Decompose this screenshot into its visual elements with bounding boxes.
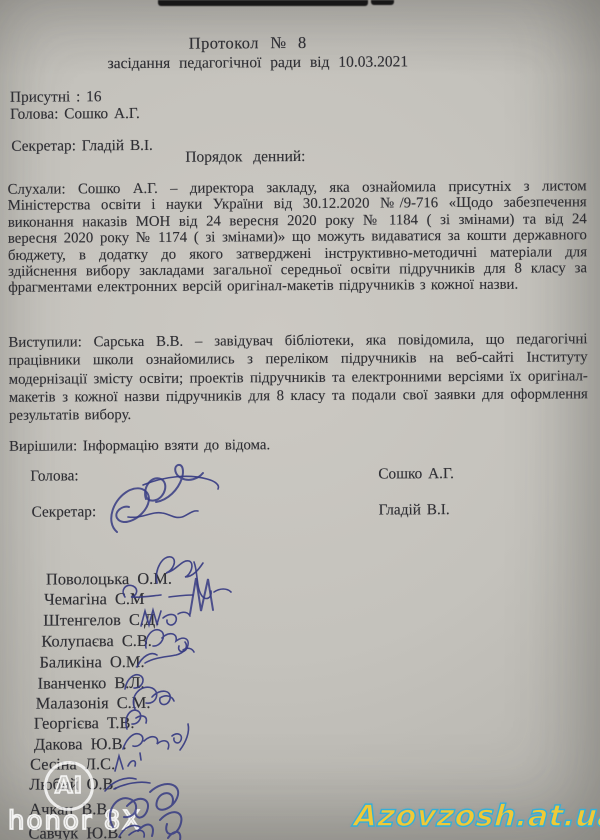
signer-signature-ink: [105, 557, 231, 837]
document-photo: Протокол № 8 засідання педагогічної ради…: [0, 0, 600, 840]
site-watermark: Azovzosh.at.ua: [353, 799, 600, 834]
ink-signatures-overlay: [0, 0, 600, 840]
bottom-signature-tangle-ink: [150, 784, 181, 840]
head-signature-ink: [111, 465, 218, 532]
